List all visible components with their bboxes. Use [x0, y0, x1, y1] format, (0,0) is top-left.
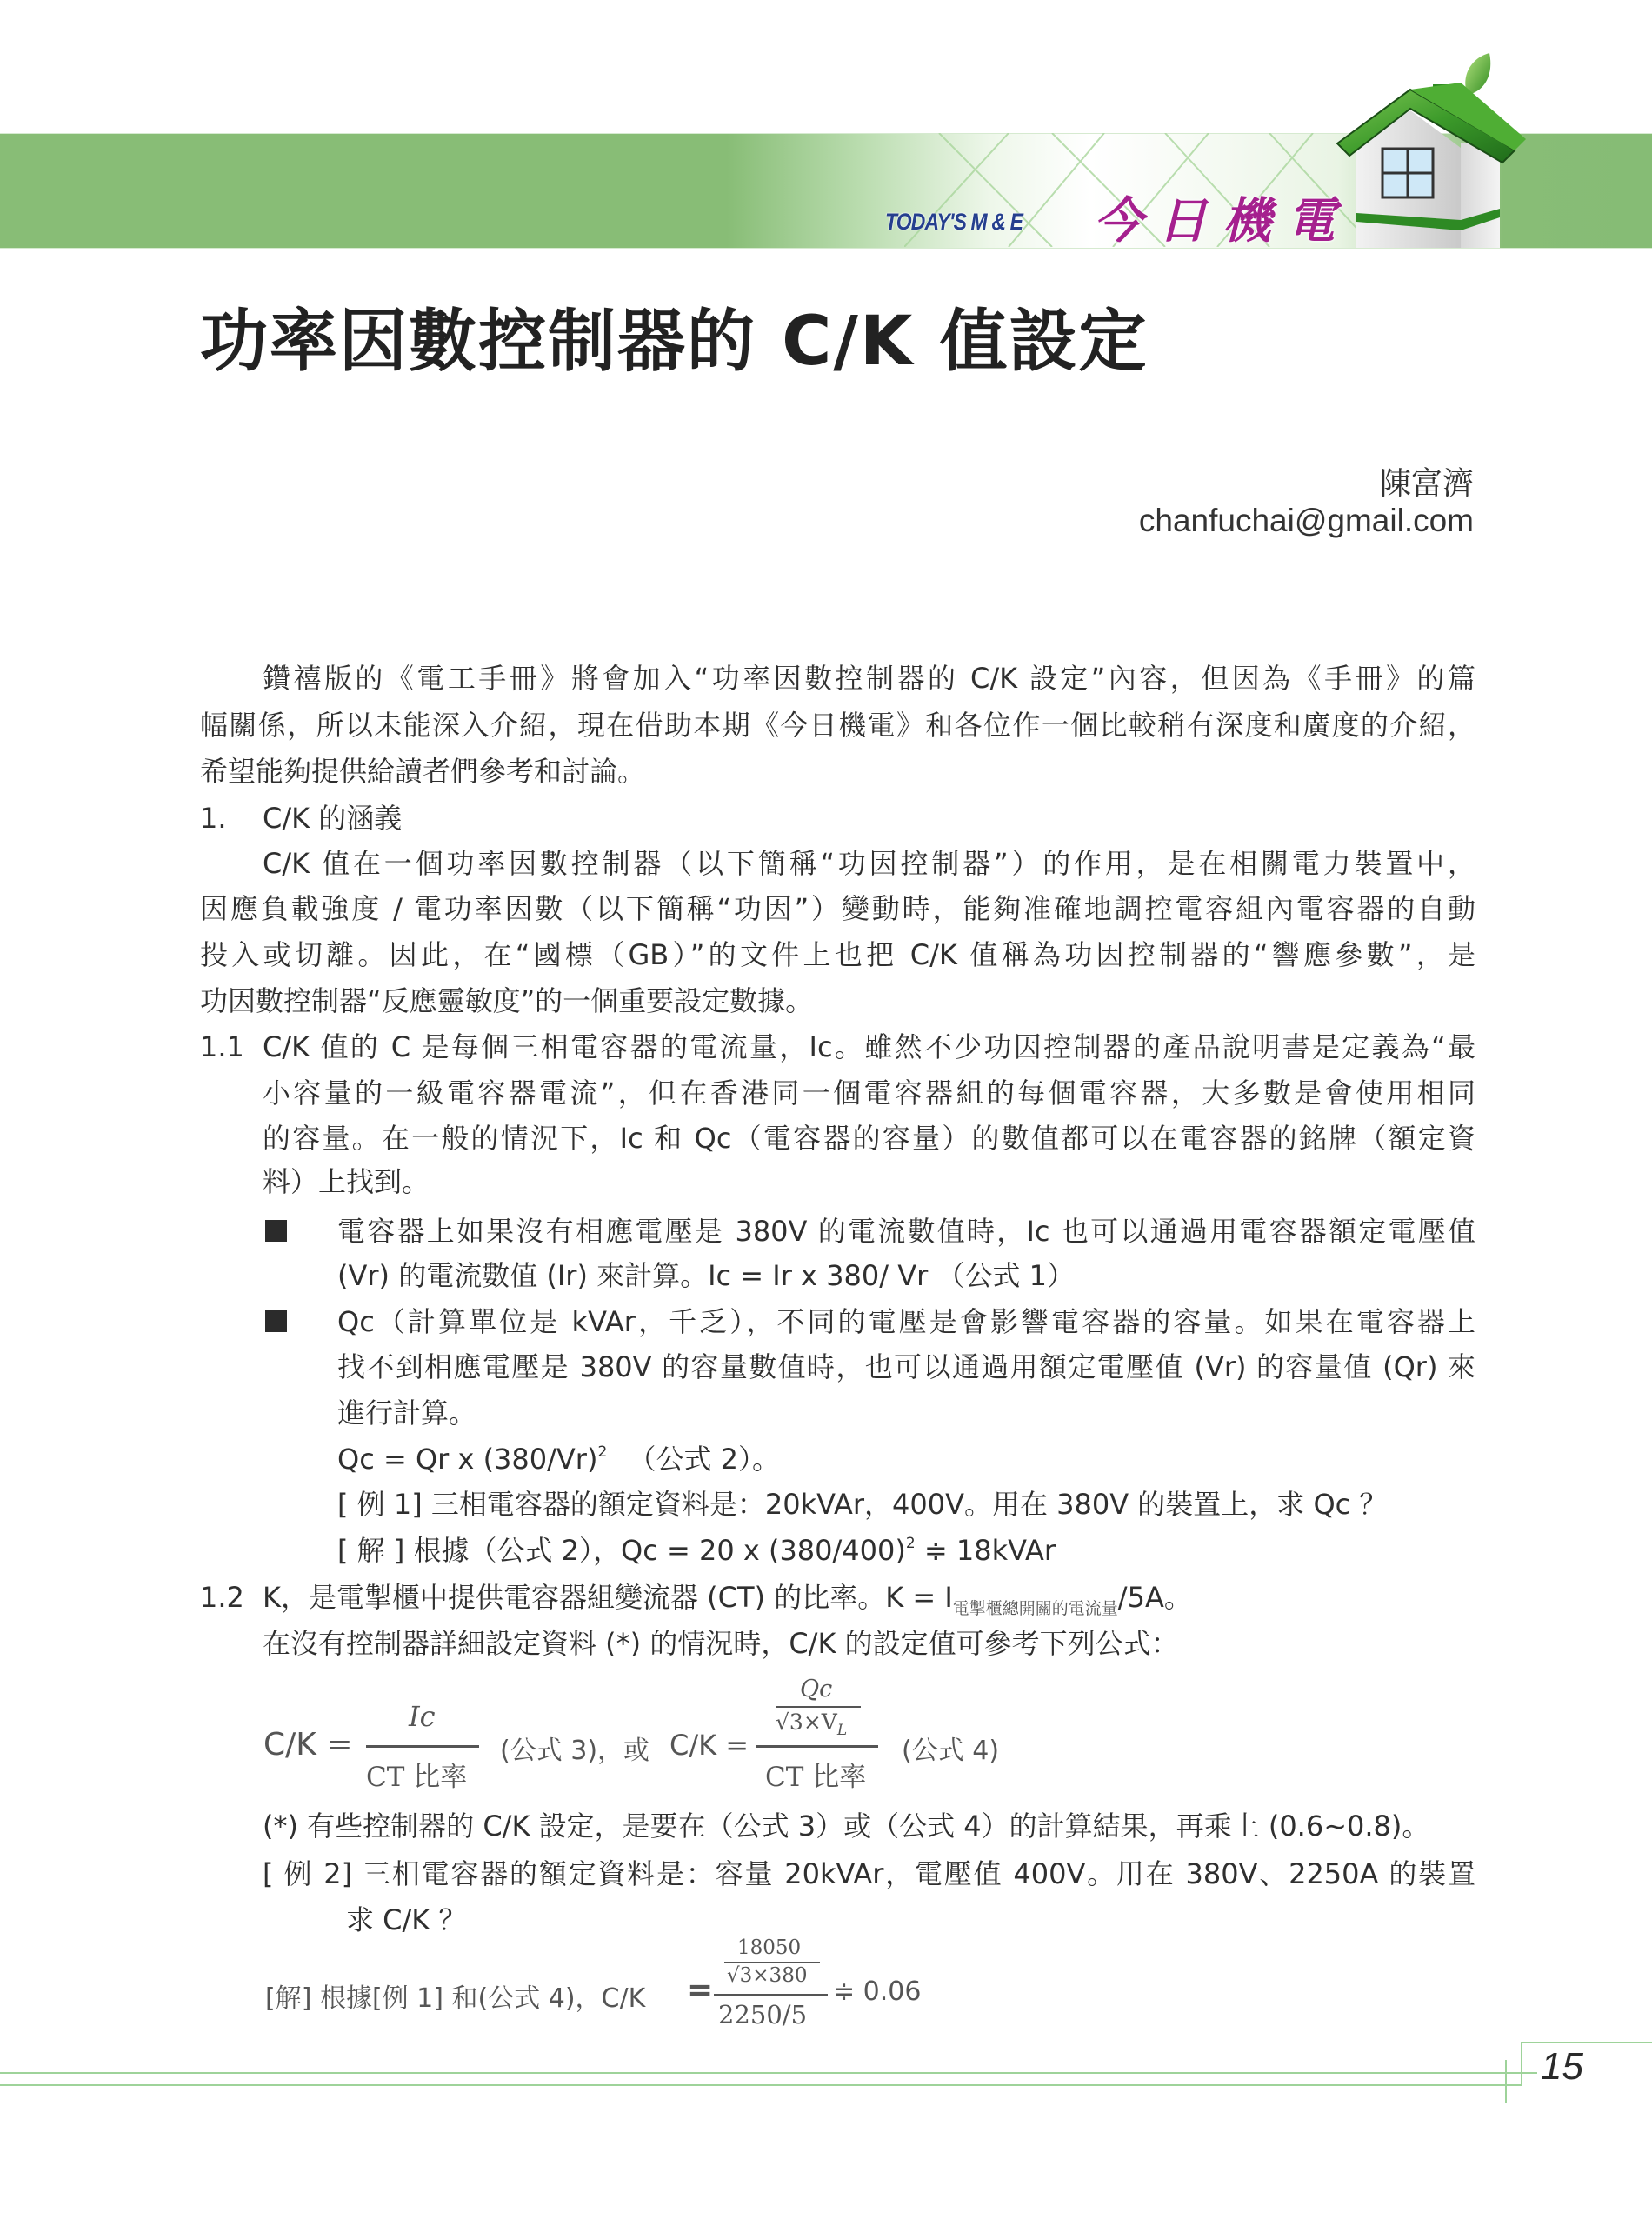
solution-1-result: ≑ 18kVAr [916, 1534, 1056, 1567]
example-2-line-2: 求 C/K ？ [346, 1903, 466, 1937]
s11-line-1: C/K 值的 C 是每個三相電容器的電流量，Ic。雖然不少功因控制器的產品說明書… [263, 1030, 1475, 1064]
s11-line-4: 料）上找到。 [263, 1164, 1475, 1199]
solution-2-denominator: 2250/5 [718, 2000, 807, 2029]
formula-4-label: (公式 4) [902, 1729, 999, 1767]
solution-2-inner-bar [724, 1962, 820, 1963]
intro-line-1: 鑽禧版的《電工手冊》將會加入“功率因數控制器的 C/K 設定”內容，但因為《手冊… [263, 661, 1475, 696]
solution-1: [ 解 ] 根據（公式 2），Qc = 20 x (380/400)2 ≑ 18… [337, 1533, 1475, 1568]
s11-line-2: 小容量的一級電容器電流”，但在香港同一個電容器組的每個電容器，大多數是會使用相同 [263, 1076, 1475, 1110]
footer-tick-vertical [1505, 2060, 1507, 2103]
example-1: [ 例 1] 三相電容器的額定資料是：20kVAr，400V。用在 380V 的… [337, 1487, 1475, 1522]
s1-line-1: C/K 值在一個功率因數控制器（以下簡稱“功因控制器”）的作用，是在相關電力裝置… [263, 846, 1475, 881]
s11-line-3: 的容量。在一般的情況下，Ic 和 Qc（電容器的容量）的數值都可以在電容器的銘牌… [263, 1121, 1475, 1156]
solution-2-equals: = [687, 1972, 713, 2008]
subscript-l: L [837, 1722, 847, 1739]
section-number-1-2: 1.2 [200, 1580, 244, 1615]
article-title: 功率因數控制器的 C/K 值設定 [200, 287, 1149, 384]
formula-3-label: (公式 3)，或 [500, 1729, 649, 1767]
solution-2-result: ≑ 0.06 [833, 1976, 921, 2007]
bullet1-line-2: (Vr) 的電流數值 (Ir) 來計算。Ic = Ir x 380/ Vr （公… [337, 1258, 1475, 1293]
solution-2-numerator-top: 18050 [737, 1936, 801, 1959]
house-logo-icon [1330, 48, 1530, 250]
bullet2-line-2: 找不到相應電壓是 380V 的容量數值時，也可以通過用額定電壓值 (Vr) 的容… [337, 1350, 1475, 1384]
example-2-line-1: [ 例 2] 三相電容器的額定資料是：容量 20kVAr，電壓值 400V。用在… [263, 1856, 1475, 1891]
formula-4-numerator-bottom: √3×VL [776, 1709, 847, 1739]
footer-line-upper [0, 2072, 1537, 2074]
sqrt3-times-v: √3×V [776, 1709, 837, 1735]
formula-4-fraction-bar [756, 1745, 878, 1748]
brand-chinese: 今日機電 [1094, 183, 1351, 252]
author-email: chanfuchai@gmail.com [1139, 503, 1474, 539]
intro-line-3: 希望能夠提供給讀者們參考和討論。 [200, 754, 1475, 789]
k-subscript: 電掣櫃總開關的電流量 [953, 1599, 1118, 1618]
note-multiplier: (*) 有些控制器的 C/K 設定，是要在（公式 3）或（公式 4）的計算結果，… [263, 1809, 1475, 1843]
s1-line-3: 投入或切離。因此，在“國標（GB）”的文件上也把 C/K 值稱為功因控制器的“響… [200, 937, 1475, 972]
formula-3-numerator: Ic [409, 1700, 436, 1733]
formula-4-inner-bar [776, 1706, 861, 1708]
s12-line-1: K，是電掣櫃中提供電容器組變流器 (CT) 的比率。K = I電掣櫃總開關的電流… [263, 1580, 1475, 1615]
formula-3-lhs: C/K = [263, 1727, 352, 1763]
solution-2-prefix: [解] 根據[例 1] 和(公式 4)，C/K [265, 1976, 645, 2015]
bullet-square-icon [265, 1310, 287, 1332]
formula-3-denominator: CT 比率 [366, 1755, 467, 1794]
formula-4-lhs: C/K = [669, 1729, 749, 1762]
s1-line-2: 因應負載強度 / 電功率因數（以下簡稱“功因”）變動時，能夠准確地調控電容組內電… [200, 891, 1475, 926]
k-definition: K，是電掣櫃中提供電容器組變流器 (CT) 的比率。K = I [263, 1581, 953, 1614]
bullet-square-icon [265, 1220, 287, 1242]
formula-4-numerator-top: Qc [800, 1676, 832, 1703]
bullet2-line-3: 進行計算。 [337, 1396, 1475, 1430]
footer-box-top [1521, 2042, 1652, 2043]
author-name: 陳富濟 [1380, 459, 1474, 503]
intro-line-2: 幅關係，所以未能深入介紹，現在借助本期《今日機電》和各位作一個比較稍有深度和廣度… [200, 708, 1475, 743]
solution-2-numerator-bottom: √3×380 [727, 1964, 807, 1987]
k-definition-tail: /5A。 [1118, 1581, 1192, 1614]
s12-line-2: 在沒有控制器詳細設定資料 (*) 的情況時，C/K 的設定值可參考下列公式： [263, 1626, 1475, 1661]
bullet1-line-1: 電容器上如果沒有相應電壓是 380V 的電流數值時，Ic 也可以通過用電容器額定… [337, 1214, 1475, 1249]
section-number-1: 1. [200, 801, 227, 836]
formula-2-label: （公式 2）。 [628, 1443, 780, 1476]
bullet2-line-1: Qc（計算單位是 kVAr，千乏），不同的電壓是會影響電容器的容量。如果在電容器… [337, 1304, 1475, 1339]
formula-2-exponent: 2 [597, 1443, 607, 1461]
footer-box-left [1521, 2042, 1522, 2086]
brand-english: TODAY'S M & E [885, 209, 1023, 236]
solution-2-fraction-bar [714, 1994, 828, 1996]
solution-1-expression: [ 解 ] 根據（公式 2），Qc = 20 x (380/400) [337, 1534, 906, 1567]
formula-2-expression: Qc = Qr x (380/Vr) [337, 1443, 597, 1476]
s1-line-4: 功因數控制器“反應靈敏度”的一個重要設定數據。 [200, 983, 1475, 1018]
section-number-1-1: 1.1 [200, 1030, 244, 1064]
page-number: 15 [1541, 2045, 1583, 2089]
formula-3-fraction-bar [366, 1745, 479, 1748]
formula-2: Qc = Qr x (380/Vr)2 （公式 2）。 [337, 1442, 1475, 1476]
solution-1-exponent: 2 [906, 1535, 916, 1552]
formula-4-denominator: CT 比率 [765, 1755, 866, 1794]
section-heading-1: C/K 的涵義 [263, 801, 1475, 836]
footer-line-lower [0, 2084, 1522, 2086]
